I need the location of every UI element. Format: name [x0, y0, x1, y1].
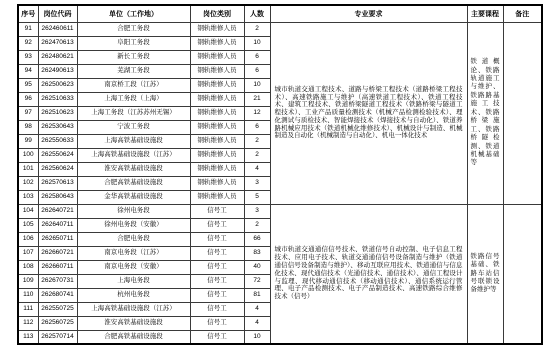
- courses-cell: 铁路信号基础、铁路车站信号联锁设备维护等: [467, 204, 503, 344]
- requirements-cell: 城市轨道交通通信信号技术、铁道信号自动控制、电子信息工程技术、应用电子技术、轨道…: [270, 204, 467, 344]
- cell-count: 10: [244, 36, 270, 50]
- table-row: 104262640721徐州电务段信号工3城市轨道交通通信信号技术、铁道信号自动…: [18, 204, 542, 218]
- cell-serial: 96: [18, 92, 38, 106]
- cell-serial: 112: [18, 316, 38, 330]
- header-requirements: 专业要求: [270, 5, 467, 22]
- cell-code: 262560725: [38, 316, 77, 330]
- cell-category: 钢轨维修人员: [190, 36, 244, 50]
- cell-unit: 徐州电务段（安徽）: [77, 218, 190, 232]
- cell-unit: 南京电务段（安徽）: [77, 260, 190, 274]
- header-remark: 备注: [503, 5, 542, 22]
- cell-serial: 106: [18, 232, 38, 246]
- job-positions-table: 序号 岗位代码 单位（工作地） 岗位类别 人数 专业要求 主要课程 备注 912…: [17, 4, 543, 345]
- cell-unit: 上海工务段（江苏苏州无锡）: [77, 106, 190, 120]
- cell-count: 10: [244, 78, 270, 92]
- cell-serial: 103: [18, 190, 38, 204]
- cell-unit: 阜阳工务段: [77, 36, 190, 50]
- cell-code: 262660711: [38, 260, 77, 274]
- cell-code: 262660721: [38, 246, 77, 260]
- cell-unit: 上海电务段: [77, 274, 190, 288]
- header-unit: 单位（工作地）: [77, 5, 190, 22]
- cell-code: 262470613: [38, 36, 77, 50]
- cell-count: 4: [244, 316, 270, 330]
- cell-category: 钢轨维修人员: [190, 176, 244, 190]
- remark-cell: [503, 204, 542, 344]
- cell-code: 262530643: [38, 120, 77, 134]
- cell-code: 262490613: [38, 64, 77, 78]
- cell-code: 262500623: [38, 78, 77, 92]
- cell-serial: 108: [18, 260, 38, 274]
- cell-serial: 97: [18, 106, 38, 120]
- cell-unit: 合肥工务段: [77, 22, 190, 36]
- cell-count: 4: [244, 302, 270, 316]
- cell-unit: 上海高铁基础设施段: [77, 134, 190, 148]
- cell-unit: 宁波工务段: [77, 120, 190, 134]
- cell-serial: 113: [18, 330, 38, 344]
- cell-serial: 105: [18, 218, 38, 232]
- cell-category: 信号工: [190, 274, 244, 288]
- cell-category: 信号工: [190, 260, 244, 274]
- cell-category: 信号工: [190, 232, 244, 246]
- cell-unit: 合肥电务段: [77, 232, 190, 246]
- header-courses: 主要课程: [467, 5, 503, 22]
- header-serial: 序号: [18, 5, 38, 22]
- cell-serial: 99: [18, 134, 38, 148]
- cell-unit: 合肥高铁基础设施段: [77, 176, 190, 190]
- cell-count: 6: [244, 120, 270, 134]
- header-category: 岗位类别: [190, 5, 244, 22]
- cell-count: 2: [244, 134, 270, 148]
- cell-serial: 94: [18, 64, 38, 78]
- header-count: 人数: [244, 5, 270, 22]
- cell-count: 2: [244, 218, 270, 232]
- cell-serial: 107: [18, 246, 38, 260]
- cell-category: 钢轨维修人员: [190, 78, 244, 92]
- cell-count: 72: [244, 274, 270, 288]
- cell-code: 262550633: [38, 134, 77, 148]
- cell-unit: 上海高铁基础设施段（江苏）: [77, 148, 190, 162]
- cell-count: 3: [244, 176, 270, 190]
- cell-unit: 上海工务段（上海）: [77, 92, 190, 106]
- cell-count: 2: [244, 22, 270, 36]
- cell-code: 262550725: [38, 302, 77, 316]
- cell-serial: 98: [18, 120, 38, 134]
- cell-count: 40: [244, 260, 270, 274]
- cell-serial: 102: [18, 176, 38, 190]
- cell-category: 信号工: [190, 246, 244, 260]
- cell-code: 262580643: [38, 190, 77, 204]
- cell-serial: 110: [18, 288, 38, 302]
- requirements-cell: 城市轨道交通工程技术、道路与桥梁工程技术（道路桥梁工程技术）、高速铁路施工与维护…: [270, 22, 467, 204]
- cell-serial: 95: [18, 78, 38, 92]
- cell-category: 钢轨维修人员: [190, 148, 244, 162]
- cell-category: 信号工: [190, 316, 244, 330]
- cell-code: 262570714: [38, 330, 77, 344]
- cell-count: 6: [244, 64, 270, 78]
- cell-serial: 109: [18, 274, 38, 288]
- cell-count: 21: [244, 92, 270, 106]
- cell-unit: 南京电务段（江苏）: [77, 246, 190, 260]
- cell-category: 钢轨维修人员: [190, 120, 244, 134]
- cell-category: 信号工: [190, 288, 244, 302]
- remark-cell: [503, 22, 542, 204]
- cell-category: 钢轨维修人员: [190, 134, 244, 148]
- table-row: 91262460611合肥工务段钢轨维修人员2城市轨道交通工程技术、道路与桥梁工…: [18, 22, 542, 36]
- cell-code: 262640711: [38, 218, 77, 232]
- cell-unit: 南京桥工段（江苏）: [77, 78, 190, 92]
- cell-count: 12: [244, 106, 270, 120]
- header-code: 岗位代码: [38, 5, 77, 22]
- cell-code: 262510633: [38, 92, 77, 106]
- cell-category: 信号工: [190, 302, 244, 316]
- cell-code: 262570613: [38, 176, 77, 190]
- cell-count: 81: [244, 288, 270, 302]
- cell-serial: 100: [18, 148, 38, 162]
- cell-code: 262670731: [38, 274, 77, 288]
- cell-serial: 93: [18, 50, 38, 64]
- cell-code: 262480621: [38, 50, 77, 64]
- header-row: 序号 岗位代码 单位（工作地） 岗位类别 人数 专业要求 主要课程 备注: [18, 5, 542, 22]
- cell-code: 262640721: [38, 204, 77, 218]
- table-body: 91262460611合肥工务段钢轨维修人员2城市轨道交通工程技术、道路与桥梁工…: [18, 22, 542, 344]
- cell-unit: 淮安高铁基础设施段: [77, 162, 190, 176]
- cell-count: 4: [244, 162, 270, 176]
- cell-code: 262560624: [38, 162, 77, 176]
- cell-count: 6: [244, 50, 270, 64]
- cell-category: 钢轨维修人员: [190, 92, 244, 106]
- cell-unit: 新长工务段: [77, 50, 190, 64]
- cell-count: 3: [244, 204, 270, 218]
- cell-serial: 101: [18, 162, 38, 176]
- cell-category: 信号工: [190, 330, 244, 344]
- cell-code: 262550624: [38, 148, 77, 162]
- cell-serial: 111: [18, 302, 38, 316]
- cell-serial: 91: [18, 22, 38, 36]
- cell-category: 钢轨维修人员: [190, 106, 244, 120]
- cell-unit: 淮安高铁基础设施段: [77, 316, 190, 330]
- cell-category: 钢轨维修人员: [190, 50, 244, 64]
- cell-count: 2: [244, 148, 270, 162]
- cell-category: 钢轨维修人员: [190, 190, 244, 204]
- cell-code: 262460611: [38, 22, 77, 36]
- cell-unit: 芜湖工务段: [77, 64, 190, 78]
- cell-category: 钢轨维修人员: [190, 64, 244, 78]
- cell-unit: 合肥高铁基础设施段: [77, 330, 190, 344]
- cell-unit: 杭州电务段: [77, 288, 190, 302]
- cell-count: 66: [244, 232, 270, 246]
- cell-code: 262680741: [38, 288, 77, 302]
- cell-category: 信号工: [190, 204, 244, 218]
- courses-cell: 铁道概论、铁路轨道施工与维护、铁路路基施工技术、铁路桥梁施工、铁路桥隧检测、铁道…: [467, 22, 503, 204]
- cell-category: 钢轨维修人员: [190, 162, 244, 176]
- cell-code: 262650711: [38, 232, 77, 246]
- cell-unit: 上海高铁基础设施段（江苏）: [77, 302, 190, 316]
- cell-category: 钢轨维修人员: [190, 22, 244, 36]
- cell-code: 262510623: [38, 106, 77, 120]
- document-page: 序号 岗位代码 单位（工作地） 岗位类别 人数 专业要求 主要课程 备注 912…: [17, 4, 543, 345]
- cell-unit: 金华高铁基础设施段: [77, 190, 190, 204]
- cell-count: 5: [244, 190, 270, 204]
- cell-category: 信号工: [190, 218, 244, 232]
- cell-count: 83: [244, 246, 270, 260]
- cell-unit: 徐州电务段: [77, 204, 190, 218]
- cell-serial: 92: [18, 36, 38, 50]
- cell-count: 10: [244, 330, 270, 344]
- cell-serial: 104: [18, 204, 38, 218]
